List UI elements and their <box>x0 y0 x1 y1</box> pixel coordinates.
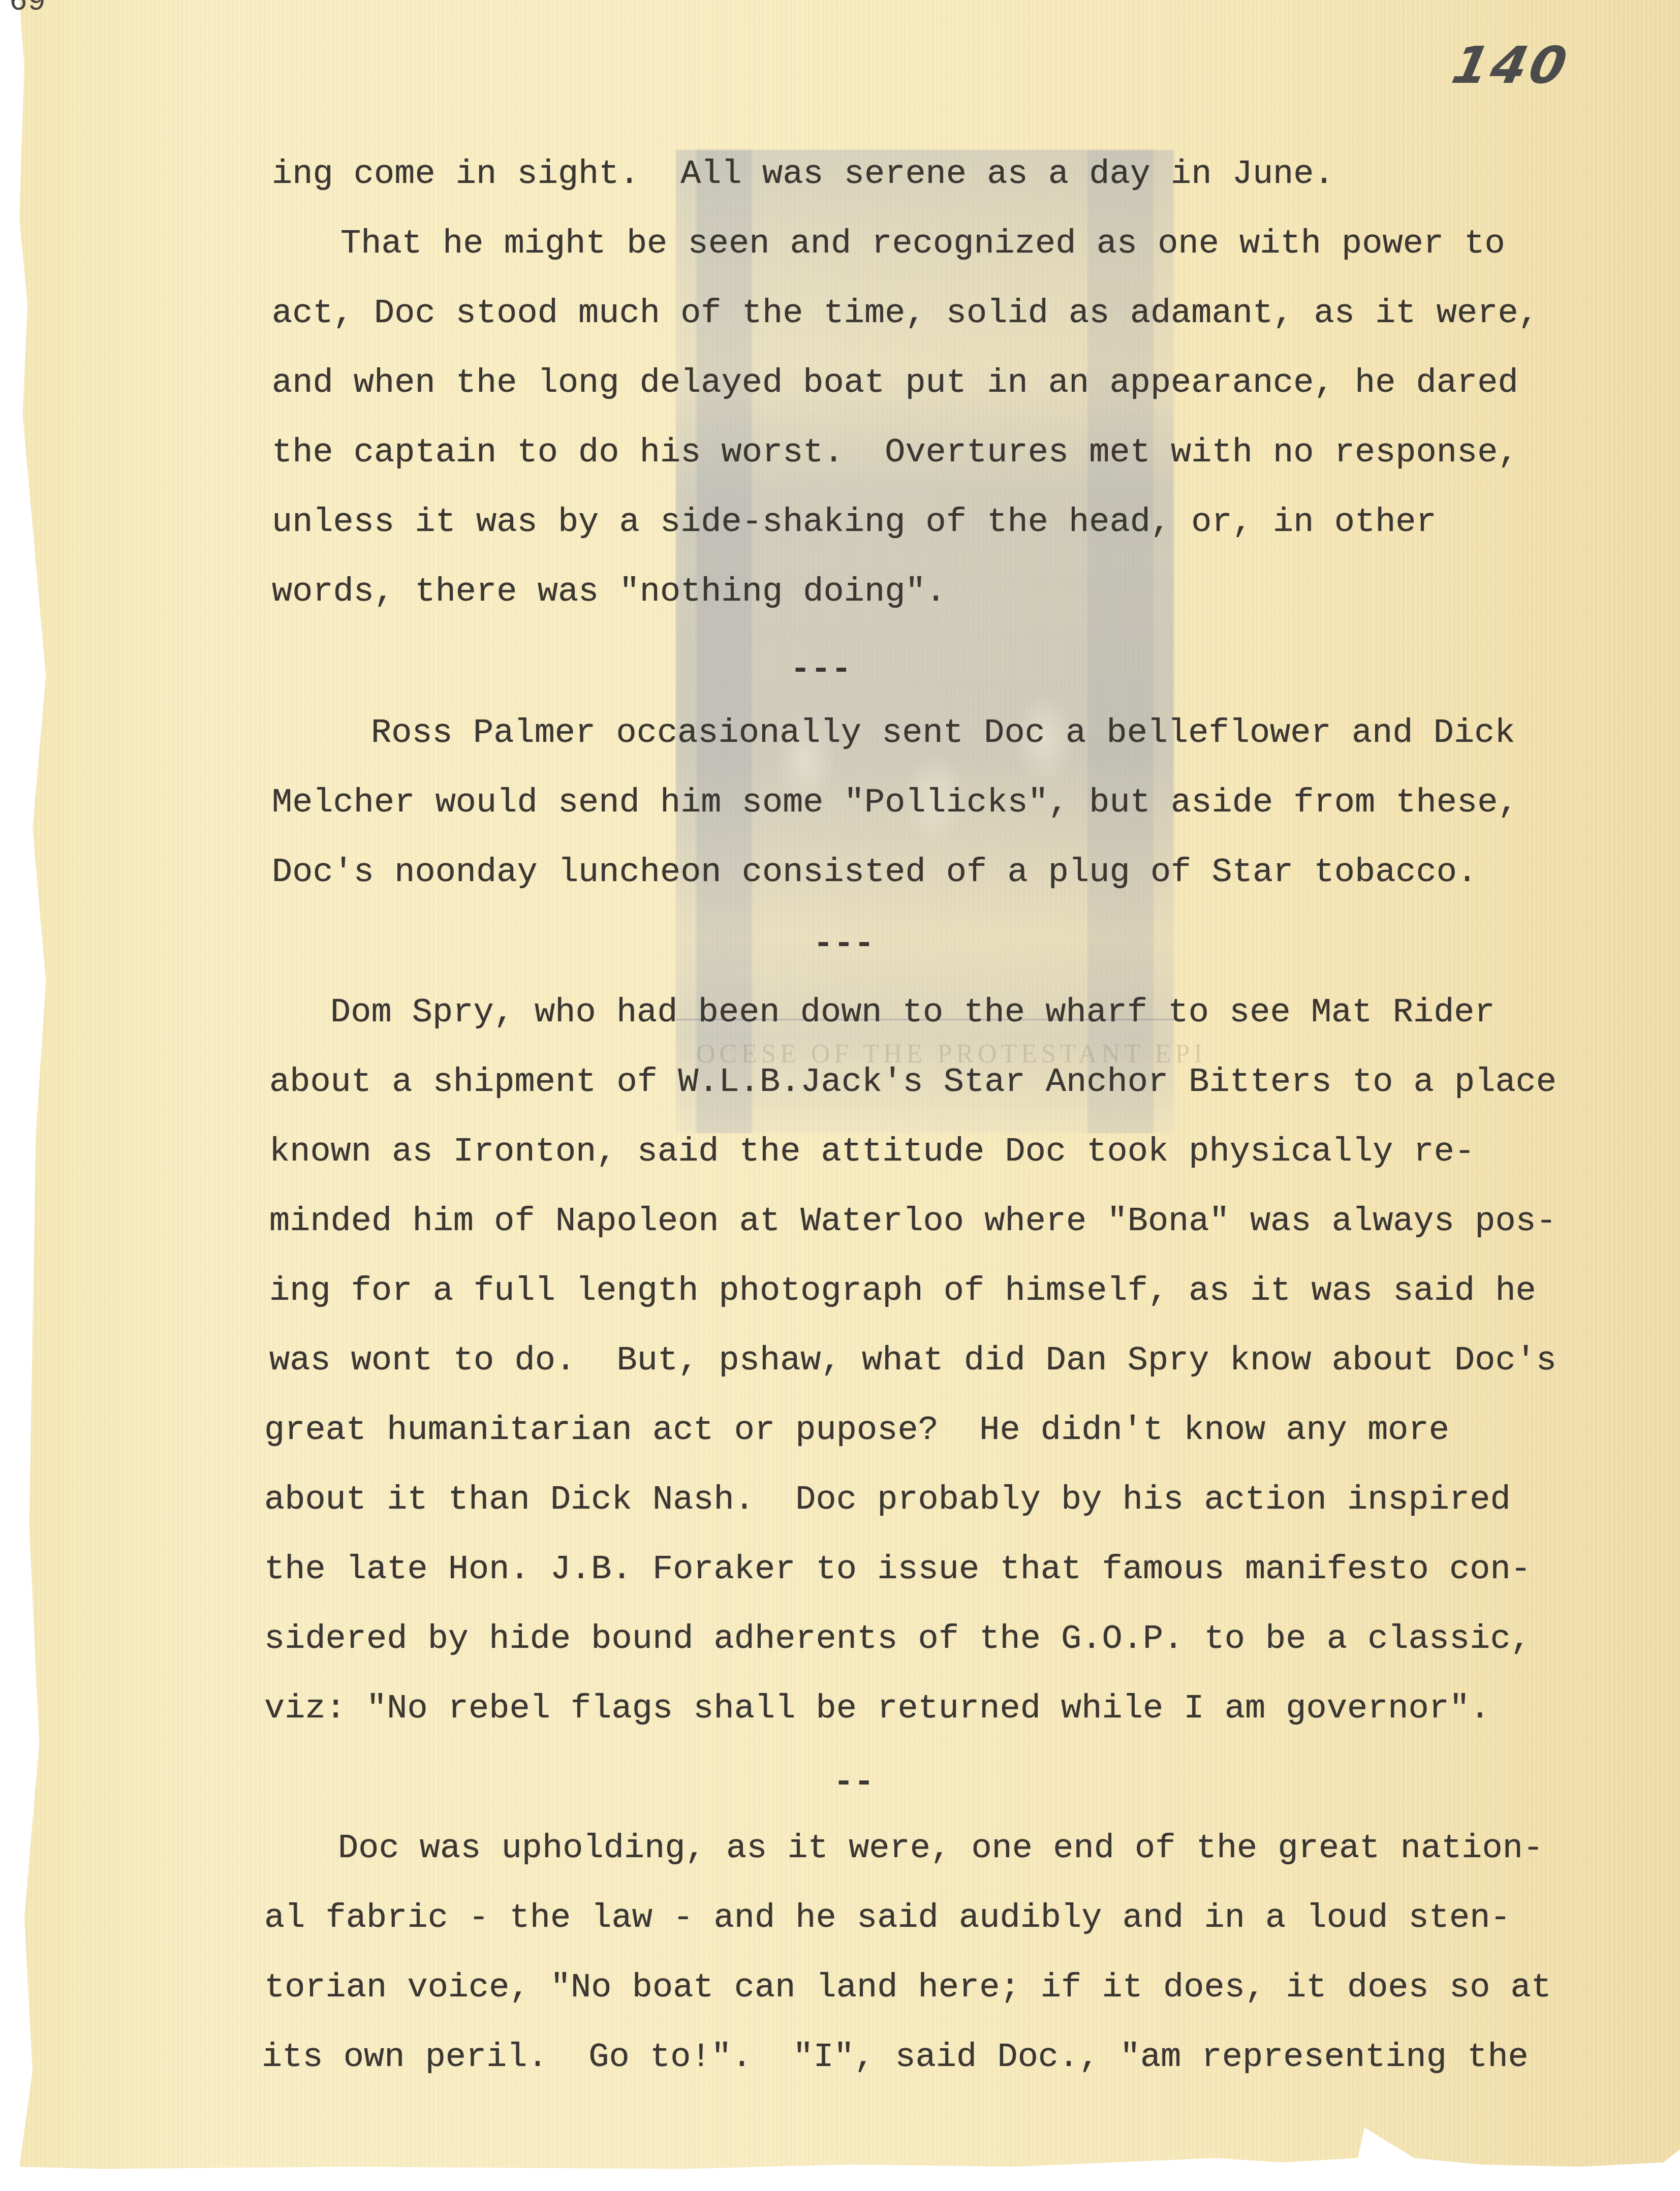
text-line: about a shipment of W.L.B.Jack's Star An… <box>269 1066 1557 1100</box>
text-line: words, there was "nothing doing". <box>272 575 946 609</box>
text-line: minded him of Napoleon at Waterloo where… <box>269 1205 1557 1239</box>
text-line: al fabric - the law - and he said audibl… <box>264 1901 1511 1935</box>
text-line: and when the long delayed boat put in an… <box>272 366 1518 400</box>
text-line: That he might be seen and recognized as … <box>340 227 1505 261</box>
text-line: Doc was upholding, as it were, one end o… <box>338 1832 1543 1866</box>
text-line: was wont to do. But, pshaw, what did Dan… <box>269 1344 1557 1378</box>
corner-mark: 69 <box>9 0 46 19</box>
text-line: ing come in sight. All was serene as a d… <box>272 158 1334 192</box>
section-separator: --- <box>790 650 852 689</box>
text-line: Ross Palmer occasionally sent Doc a bell… <box>371 716 1515 750</box>
section-separator: --- <box>813 925 875 963</box>
text-line: known as Ironton, said the attitude Doc … <box>269 1135 1475 1169</box>
text-line: unless it was by a side-shaking of the h… <box>272 506 1437 540</box>
text-line: viz: "No rebel flags shall be returned w… <box>264 1692 1490 1726</box>
handwritten-page-number: 140 <box>1447 36 1575 95</box>
text-line: ing for a full length photograph of hims… <box>269 1274 1536 1308</box>
section-separator: -- <box>833 1763 874 1802</box>
text-line: sidered by hide bound adherents of the G… <box>264 1622 1531 1656</box>
text-line: torian voice, "No boat can land here; if… <box>264 1971 1551 2005</box>
text-line: the late Hon. J.B. Foraker to issue that… <box>264 1553 1531 1587</box>
text-line: its own peril. Go to!". "I", said Doc., … <box>262 2041 1529 2075</box>
text-line: Doc's noonday luncheon consisted of a pl… <box>272 856 1477 890</box>
text-line: Dom Spry, who had been down to the wharf… <box>330 996 1495 1030</box>
text-line: great humanitarian act or pupose? He did… <box>264 1414 1449 1448</box>
text-line: act, Doc stood much of the time, solid a… <box>272 297 1539 331</box>
text-line: the captain to do his worst. Overtures m… <box>272 436 1518 470</box>
text-line: Melcher would send him some "Pollicks", … <box>272 786 1518 820</box>
text-line: about it than Dick Nash. Doc probably by… <box>264 1483 1511 1517</box>
